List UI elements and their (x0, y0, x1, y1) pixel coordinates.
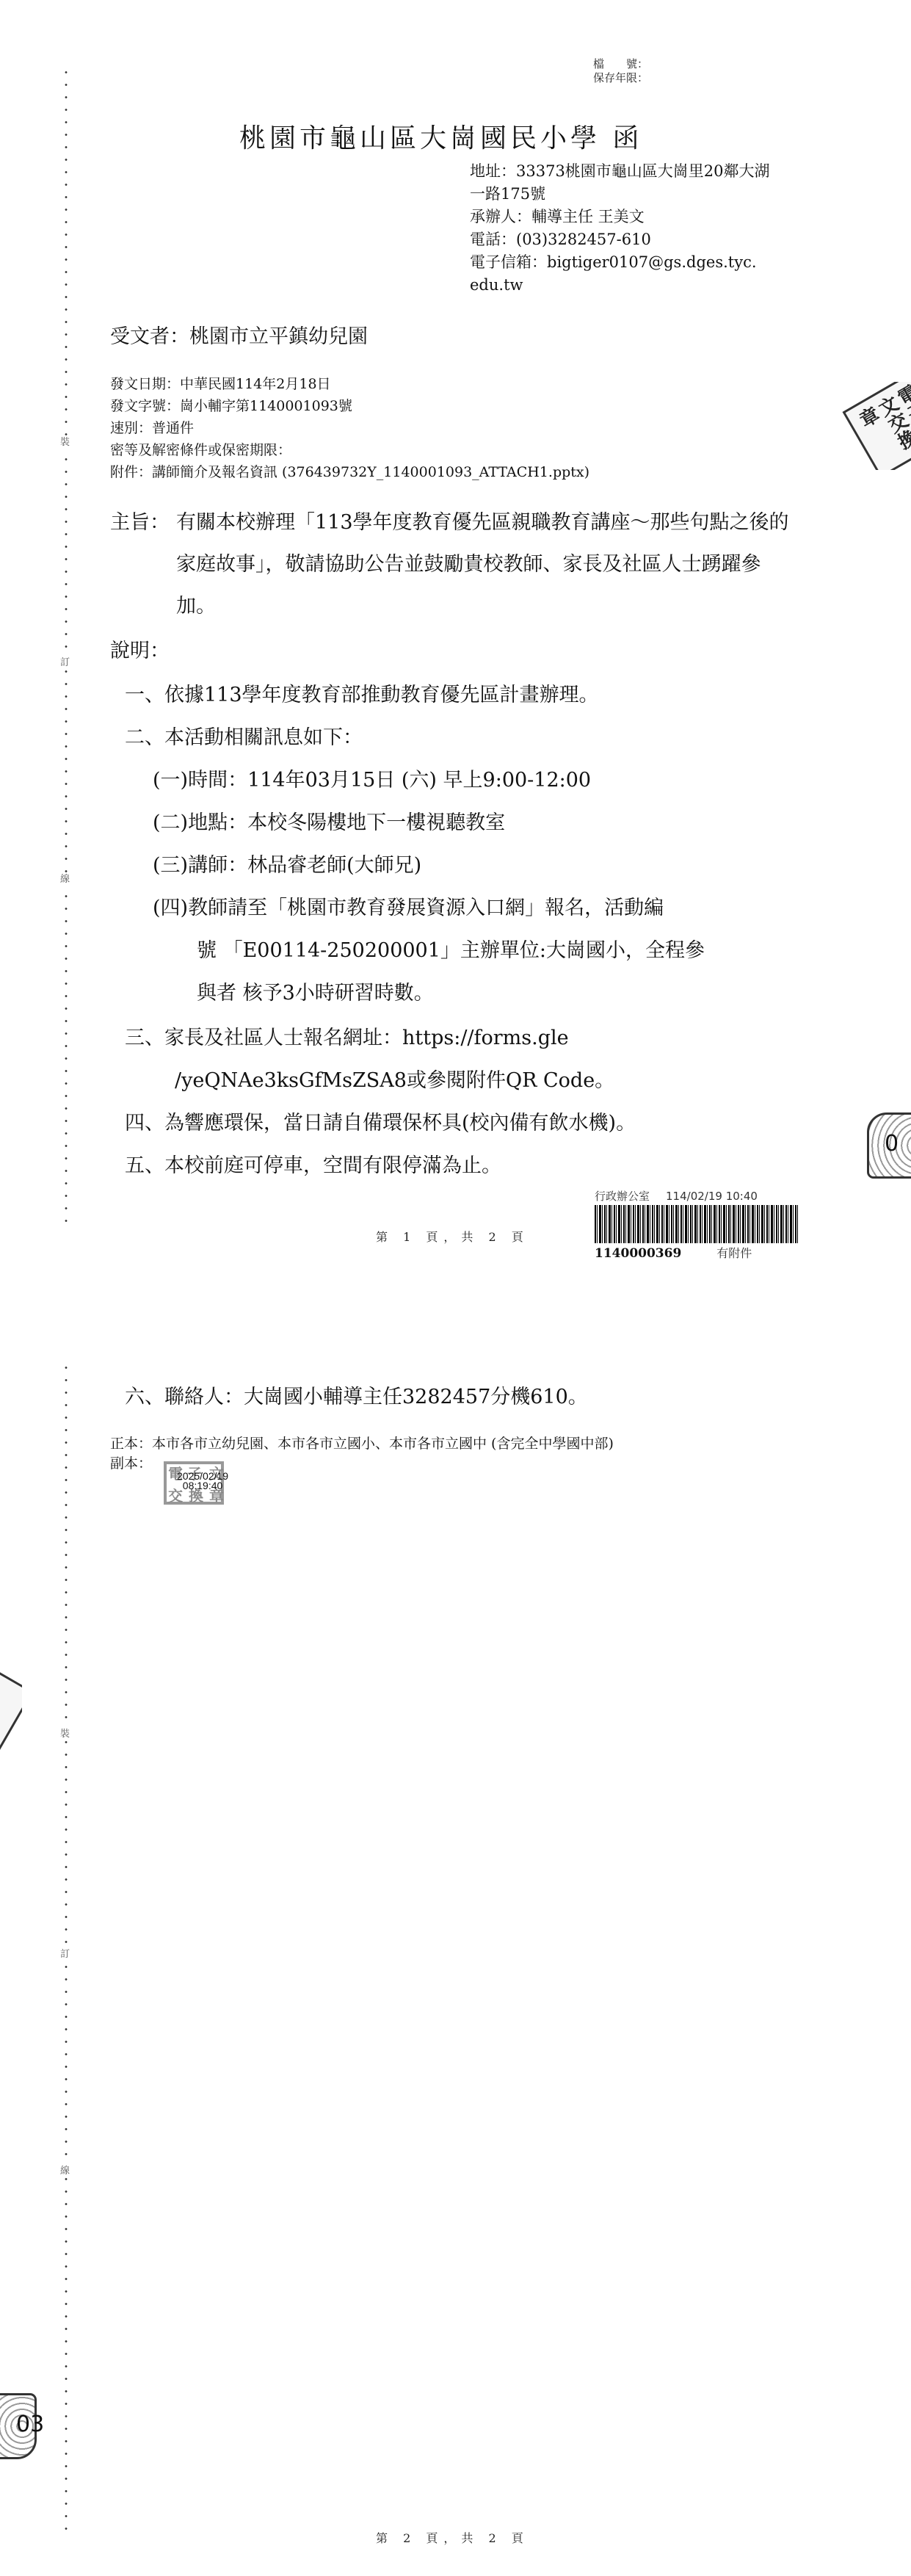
issue-date: 發文日期：中華民國114年2月18日 (110, 373, 589, 395)
explanation-item-3: 三、家長及社區人士報名網址：https://forms.gle (125, 1017, 569, 1060)
address-line-2: 一路175號 (470, 183, 815, 206)
distribution-copy: 副本： (110, 1454, 152, 1473)
explanation-subitem-4-cont-1: 號 「E00114-250200001」主辦單位:大崗國小，全程參 (197, 930, 705, 972)
barcode (595, 1205, 799, 1243)
attachment-flag: 有附件 (716, 1246, 752, 1260)
contact-block: 地址：33373桃園市龜山區大崗里20鄰大湖 一路175號 承辦人：輔導主任 王… (470, 160, 815, 297)
seal-number: 0 (885, 1131, 899, 1157)
electronic-exchange-stamp: 電 子 文 交 換 章 2025/02/19 08:19:40 (164, 1461, 224, 1505)
explanation-item-1: 一、依據113學年度教育部推動教育優先區計畫辦理。 (125, 674, 599, 717)
page-seal-stamp: 0 (860, 1109, 911, 1182)
email-line-1: 電子信箱：bigtiger0107@gs.dges.tyc. (470, 251, 815, 274)
explanation-subitem-1: (一)時間：114年03月15日 (六) 早上9:00-12:00 (153, 759, 591, 802)
phone: 電話：(03)3282457-610 (470, 228, 815, 251)
explanation-label: 說明： (110, 634, 170, 663)
exchange-seal-stamp-left (0, 1660, 22, 1792)
binding-label-line: 線 (60, 2166, 70, 2177)
explanation-item-2: 二、本活動相關訊息如下： (125, 717, 363, 759)
page-2: 裝 訂 線 六、聯絡人：大崗國小輔導主任3282457分機610。 正本：本市各… (0, 1288, 911, 2576)
seal-box (0, 1660, 22, 1774)
explanation-item-5: 五、本校前庭可停車，空間有限停滿為止。 (125, 1145, 501, 1187)
secrecy-level: 密等及解密條件或保密期限： (110, 439, 589, 461)
stamp-time: 08:19:40 (177, 1481, 228, 1491)
file-meta: 檔 號： 保存年限： (593, 57, 648, 85)
page-number-2: 第 2 頁，共 2 頁 (376, 2529, 529, 2546)
stamp-datetime: 2025/02/19 08:19:40 (177, 1472, 228, 1491)
explanation-item-3-url[interactable]: /yeQNAe3ksGfMsZSA8或參閱附件QR Code。 (175, 1060, 614, 1102)
distribution-original: 正本：本市各市立幼兒園、本市各市立國小、本市各市立國中 (含完全中學國中部) (110, 1434, 614, 1453)
page-number-1: 第 1 頁，共 2 頁 (376, 1228, 529, 1245)
document-meta: 發文日期：中華民國114年2月18日 發文字號：崗小輔字第1140001093號… (110, 373, 589, 483)
document-number: 發文字號：崗小輔字第1140001093號 (110, 395, 589, 417)
binding-label-bind: 裝 (60, 437, 70, 449)
email-line-2: edu.tw (470, 274, 815, 297)
explanation-subitem-2: (二)地點：本校冬陽樓地下一樓視聽教室 (153, 802, 505, 844)
subject-label: 主旨： (110, 502, 170, 543)
explanation-subitem-4-cont-2: 與者 核予3小時研習時數。 (197, 972, 434, 1015)
receipt-footer: 1140000369有附件 (595, 1244, 815, 1261)
attachment-link[interactable]: 附件：講師簡介及報名資訊 (376439732Y_1140001093_ATTA… (110, 461, 589, 483)
seal-number: 03 (16, 2412, 44, 2437)
binding-dotted-line (65, 66, 68, 1226)
explanation-subitem-4: (四)教師請至「桃園市教育發展資源入口網」報名，活動編 (153, 887, 664, 930)
retention-label: 保存年限： (593, 71, 648, 85)
page-seal-stamp: 03 (0, 2389, 44, 2463)
seal-box: 電子公文交換章 (843, 382, 911, 470)
receipt-datetime: 114/02/19 10:40 (666, 1190, 758, 1203)
delivery-speed: 速別：普通件 (110, 417, 589, 439)
seal-text: 電子公文交換章 (854, 382, 911, 454)
address-line-1: 地址：33373桃園市龜山區大崗里20鄰大湖 (470, 160, 815, 183)
exchange-seal-stamp: 電子公文交換章 (841, 382, 911, 470)
binding-label-staple: 訂 (60, 657, 70, 669)
document-title: 桃園市龜山區大崗國民小學 函 (239, 117, 642, 155)
binding-label-line: 線 (60, 874, 70, 886)
recipient: 受文者：桃園市立平鎮幼兒園 (110, 320, 368, 349)
explanation-item-4: 四、為響應環保，當日請自備環保杯具(校內備有飲水機)。 (125, 1102, 636, 1145)
file-number-label: 檔 號： (593, 57, 648, 71)
binding-label-bind: 裝 (60, 1729, 70, 1740)
subject-section: 主旨： 有關本校辦理「113學年度教育優先區親職教育講座～那些句點之後的家庭故事… (110, 502, 800, 627)
binding-label-staple: 訂 (60, 1949, 70, 1961)
receipt-header: 行政辦公室114/02/19 10:40 (595, 1188, 815, 1204)
explanation-item-6: 六、聯絡人：大崗國小輔導主任3282457分機610。 (125, 1376, 588, 1419)
barcode-number: 1140000369 (595, 1246, 681, 1261)
receipt-office: 行政辦公室 (595, 1190, 650, 1203)
explanation-subitem-3: (三)講師：林品睿老師(大師兄) (153, 844, 421, 887)
page-1: 裝 訂 線 檔 號： 保存年限： 桃園市龜山區大崗國民小學 函 地址：33373… (0, 0, 911, 1288)
handler: 承辦人：輔導主任 王美文 (470, 206, 815, 228)
receipt-stamp: 行政辦公室114/02/19 10:40 1140000369有附件 (595, 1188, 815, 1261)
subject-text: 有關本校辦理「113學年度教育優先區親職教育講座～那些句點之後的家庭故事」，敬請… (176, 502, 800, 627)
